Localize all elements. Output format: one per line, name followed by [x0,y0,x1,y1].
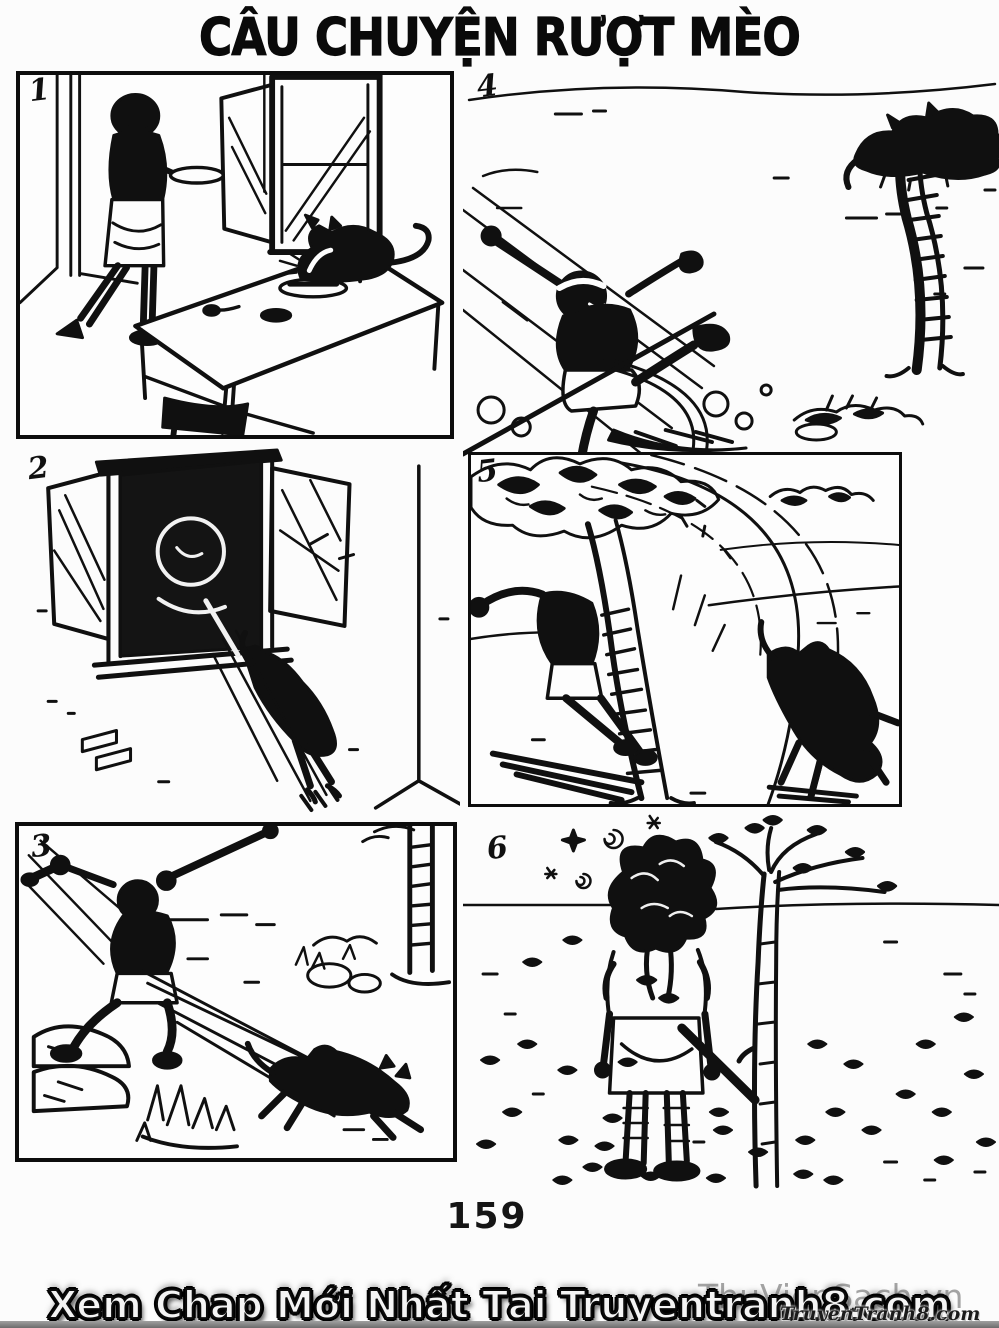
boy-climbing [471,591,656,765]
boy-covered-in-leaves [595,836,718,1180]
panel-3: 3 [15,822,457,1162]
comic-page: CÂU CHUYỆN RƯỢT MÈO 1 [0,0,999,1328]
tree [363,826,449,984]
panel-3-artwork [19,826,453,1158]
panel-1-number: 1 [27,75,51,107]
panel-1: 1 [16,71,454,439]
chair [163,398,248,435]
panel-2: 2 [8,448,460,820]
panel-6-artwork [463,812,999,1192]
panel-4-artwork [463,58,999,458]
fallen-leaves [477,937,995,1185]
fleeing-cat [248,1044,421,1138]
page-bottom-edge [0,1321,999,1328]
panel-2-number: 2 [26,453,50,485]
panel-5-artwork [471,455,899,804]
panel-6-number: 6 [485,833,509,865]
foliage [471,458,731,558]
leaping-cat [213,631,340,810]
cat-figure [280,215,429,281]
background [471,487,899,663]
panel-6: 6 [463,812,999,1192]
ground-shadow [493,740,705,800]
window [48,450,349,677]
page-number: 159 [387,1196,587,1237]
panel-4-number: 4 [475,71,499,103]
leaping-cat [761,622,898,802]
panel-2-artwork [8,448,460,820]
bushes-rocks [296,937,380,992]
panel-3-number: 3 [29,831,53,863]
panel-4: 4 [463,58,999,458]
boy-chasing [22,826,277,1068]
bush [794,396,922,440]
horizon [463,897,999,1015]
panel-5-number: 5 [475,456,499,488]
panel-1-artwork [20,75,450,435]
panel-5: 5 [468,452,902,807]
